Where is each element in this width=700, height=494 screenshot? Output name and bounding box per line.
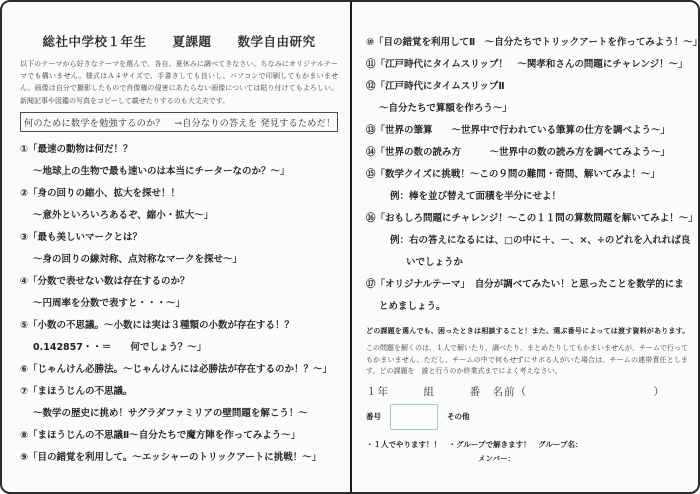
theme-line: ②「身の回りの縮小、拡大を探せ！！ <box>20 183 338 205</box>
theme-line: ⑤「小数の不思議。～小数には実は３種類の小数が存在する！？ <box>20 315 338 337</box>
theme-line: ⑧「まほうじんの不思議Ⅱ～自分たちで魔方陣を作ってみよう～」 <box>20 425 338 447</box>
theme-line: 例：右の答えになるには、□の中に＋、－、×、÷のどれを入れれば良 <box>366 230 688 252</box>
theme-line: ～地球上の生物で最も速いのは本当にチーターなのか？～」 <box>20 161 338 183</box>
student-number-box <box>390 404 438 430</box>
theme-line: ④「分数で表せない数は存在するのか？ <box>20 271 338 293</box>
theme-line: ③「最も美しいマークとは？ <box>20 227 338 249</box>
theme-line: ⑮「数学クイズに挑戦！～この９問の難問・奇問、解いてみよ！～」 <box>366 164 688 186</box>
theme-line: 例：棒を並び替えて面積を半分にせよ！ <box>366 186 688 208</box>
theme-line: ⑥「じゃんけん必勝法。～じゃんけんには必勝法が存在するのか！？～」 <box>20 359 338 381</box>
notice-bold: どの課題を選んでも、困ったときは相談すること！また、選ぶ番号によっては渡す資料が… <box>366 325 688 337</box>
theme-line: ⑭「世界の数の読み方 ～世界中の数の読み方を調べてみよう～」 <box>366 142 688 164</box>
member-label: メンバー： <box>366 453 688 464</box>
theme-line: ～自分たちで算額を作ろう～」 <box>366 98 688 120</box>
other-label: その他 <box>447 411 470 422</box>
theme-list-left: ①「最速の動物は何だ！？～地球上の生物で最も速いのは本当にチーターなのか？～」②… <box>20 139 338 469</box>
document-title: 総社中学校１年生 夏課題 数学自由研究 <box>20 32 338 50</box>
theme-line: ～円周率を分数で表すと・・・～」 <box>20 293 338 315</box>
theme-line: ⑬「世界の筆算 ～世界中で行われている筆算の仕方を調べよう～」 <box>366 120 688 142</box>
options-line: ・１人でやります！！ ・グループで解きます！ グループ名： <box>366 439 688 450</box>
right-page: ⑩「目の錯覚を利用してⅡ ～自分たちでトリックアートを作ってみよう！～」⑪「江戸… <box>352 2 698 492</box>
theme-line: ⑫「江戸時代にタイムスリップⅡ <box>366 76 688 98</box>
theme-line: とめましょう。 <box>366 296 688 318</box>
theme-line: いでしょうか <box>366 252 688 274</box>
theme-line: ①「最速の動物は何だ！？ <box>20 139 338 161</box>
theme-list-right: ⑩「目の錯覚を利用してⅡ ～自分たちでトリックアートを作ってみよう！～」⑪「江戸… <box>366 32 688 318</box>
theme-line: ⑩「目の錯覚を利用してⅡ ～自分たちでトリックアートを作ってみよう！～」 <box>366 32 688 54</box>
left-page: 総社中学校１年生 夏課題 数学自由研究 以下のテーマから好きなテーマを選んで、各… <box>2 2 350 492</box>
number-label: 番号 <box>366 411 381 422</box>
theme-line: ⑨「目の錯覚を利用して。～エッシャーのトリックアートに挑戦！～」 <box>20 447 338 469</box>
theme-line: ⑦「まほうじんの不思議。 <box>20 381 338 403</box>
number-row: 番号 その他 <box>366 404 688 430</box>
notice-body: この問題を解くのは、１人で解いたり、調べたり、まとめたりしてもかまいませんが、チ… <box>366 343 688 378</box>
intro-paragraph: 以下のテーマから好きなテーマを選んで、各自、夏休みに調べてきなさい。ちなみにオリ… <box>20 58 338 107</box>
motto-box: 何のために数学を勉強するのか？ →自分なりの答えを 発見するためだ！！ <box>20 112 338 132</box>
theme-line: ～数学の歴史に挑め！サグラダファミリアの壁問題を解こう！～ <box>20 403 338 425</box>
theme-line: ⑪「江戸時代にタイムスリップ！ ～関孝和さんの問題にチャレンジ！～」 <box>366 54 688 76</box>
grade-name-line: １年 組 番 名前（ ） <box>366 384 688 399</box>
scanned-assignment-sheet: 総社中学校１年生 夏課題 数学自由研究 以下のテーマから好きなテーマを選んで、各… <box>0 0 700 494</box>
theme-line: 0.142857・・＝ 何でしょう？～」 <box>20 337 338 359</box>
theme-line: ～身の回りの線対称、点対称なマークを探せ～」 <box>20 249 338 271</box>
theme-line: ⑰「オリジナルテーマ」 自分が調べてみたい！と思ったことを数学的にま <box>366 274 688 296</box>
theme-line: ⑯「おもしろ問題にチャレンジ！～この１１問の算数問題を解いてみよ！～」 <box>366 208 688 230</box>
theme-line: ～意外といろいろあるぞ、縮小・拡大～」 <box>20 205 338 227</box>
